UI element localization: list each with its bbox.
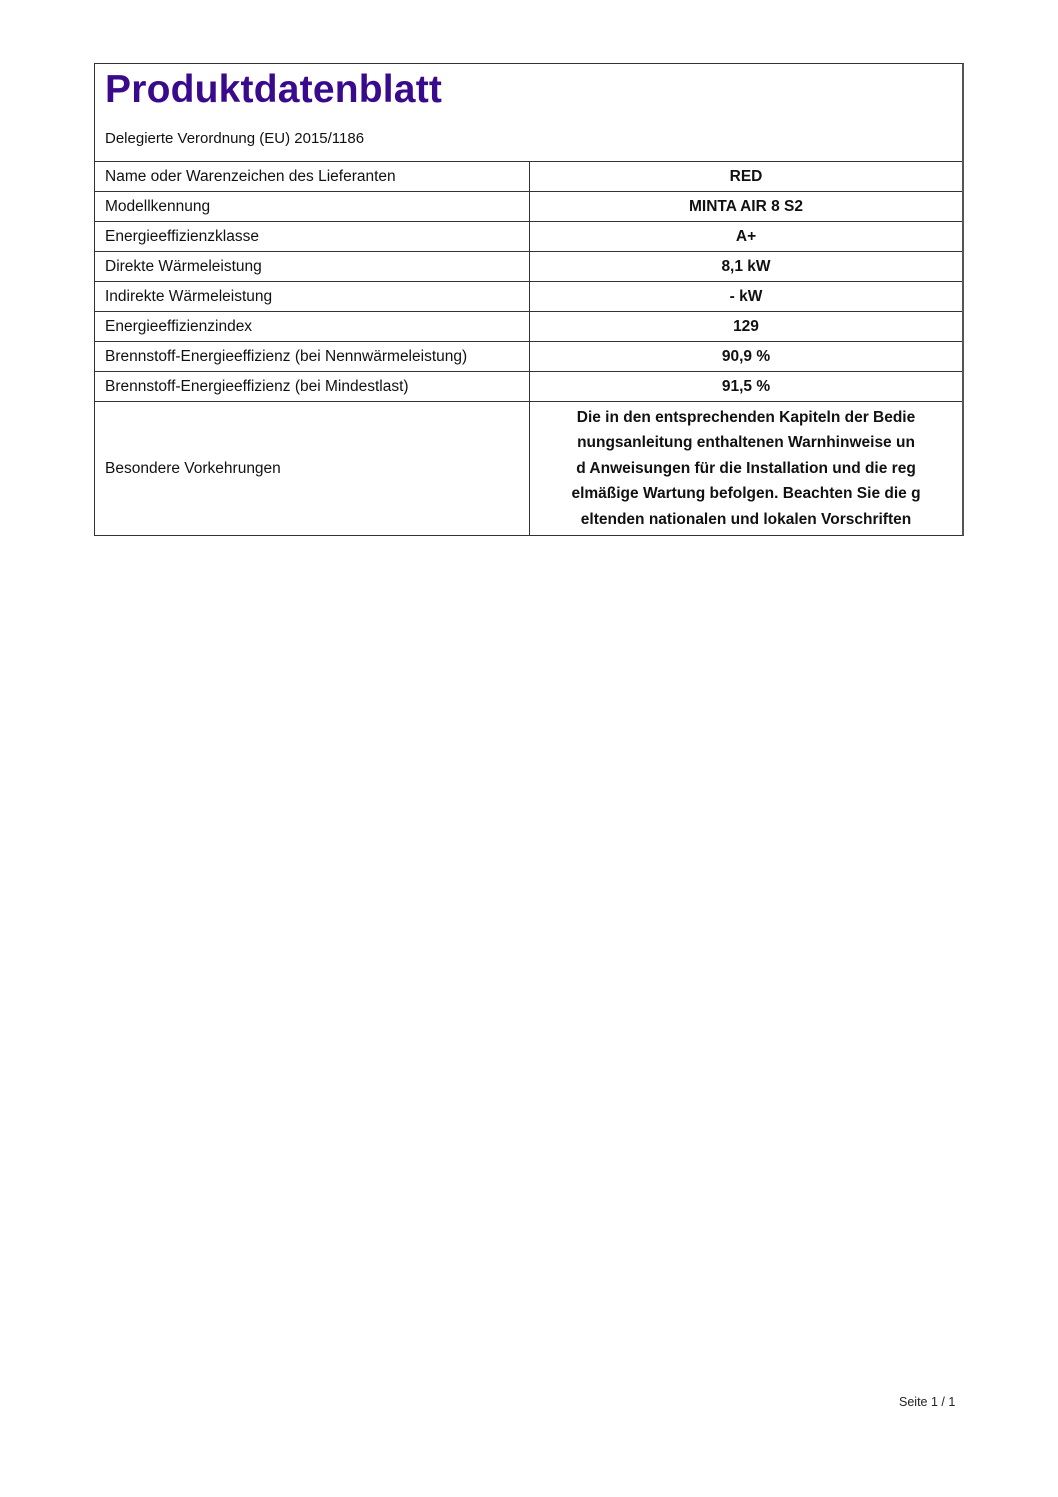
table-row: Name oder Warenzeichen des Lieferanten R… [95,162,962,192]
row-value: 91,5 % [530,372,963,402]
page-number: Seite 1 / 1 [899,1395,955,1409]
row-value: RED [530,162,963,192]
regulation-subtitle: Delegierte Verordnung (EU) 2015/1186 [105,130,364,147]
product-data-table: Name oder Warenzeichen des Lieferanten R… [95,162,962,535]
row-label: Direkte Wärmeleistung [95,252,530,282]
row-label: Energieeffizienzklasse [95,222,530,252]
product-data-sheet: Produktdatenblatt Delegierte Verordnung … [94,63,964,536]
row-value: 8,1 kW [530,252,963,282]
table-row: Direkte Wärmeleistung 8,1 kW [95,252,962,282]
row-value: 129 [530,312,963,342]
row-value: 90,9 % [530,342,963,372]
table-row: Brennstoff-Energieeffizienz (bei Nennwär… [95,342,962,372]
table-row: Energieeffizienzklasse A+ [95,222,962,252]
row-label: Brennstoff-Energieeffizienz (bei Nennwär… [95,342,530,372]
row-label: Brennstoff-Energieeffizienz (bei Mindest… [95,372,530,402]
table-row: Modellkennung MINTA AIR 8 S2 [95,192,962,222]
page-title: Produktdatenblatt [105,68,442,112]
table-row: Brennstoff-Energieeffizienz (bei Mindest… [95,372,962,402]
row-value: A+ [530,222,963,252]
table-row: Besondere Vorkehrungen Die in den entspr… [95,402,962,536]
row-label: Besondere Vorkehrungen [95,402,530,536]
row-label: Name oder Warenzeichen des Lieferanten [95,162,530,192]
row-label: Energieeffizienzindex [95,312,530,342]
row-label: Modellkennung [95,192,530,222]
row-value: MINTA AIR 8 S2 [530,192,963,222]
table-row: Energieeffizienzindex 129 [95,312,962,342]
row-label: Indirekte Wärmeleistung [95,282,530,312]
row-value: Die in den entsprechenden Kapiteln der B… [530,402,963,536]
table-row: Indirekte Wärmeleistung - kW [95,282,962,312]
row-value: - kW [530,282,963,312]
sheet-header: Produktdatenblatt Delegierte Verordnung … [95,64,962,162]
